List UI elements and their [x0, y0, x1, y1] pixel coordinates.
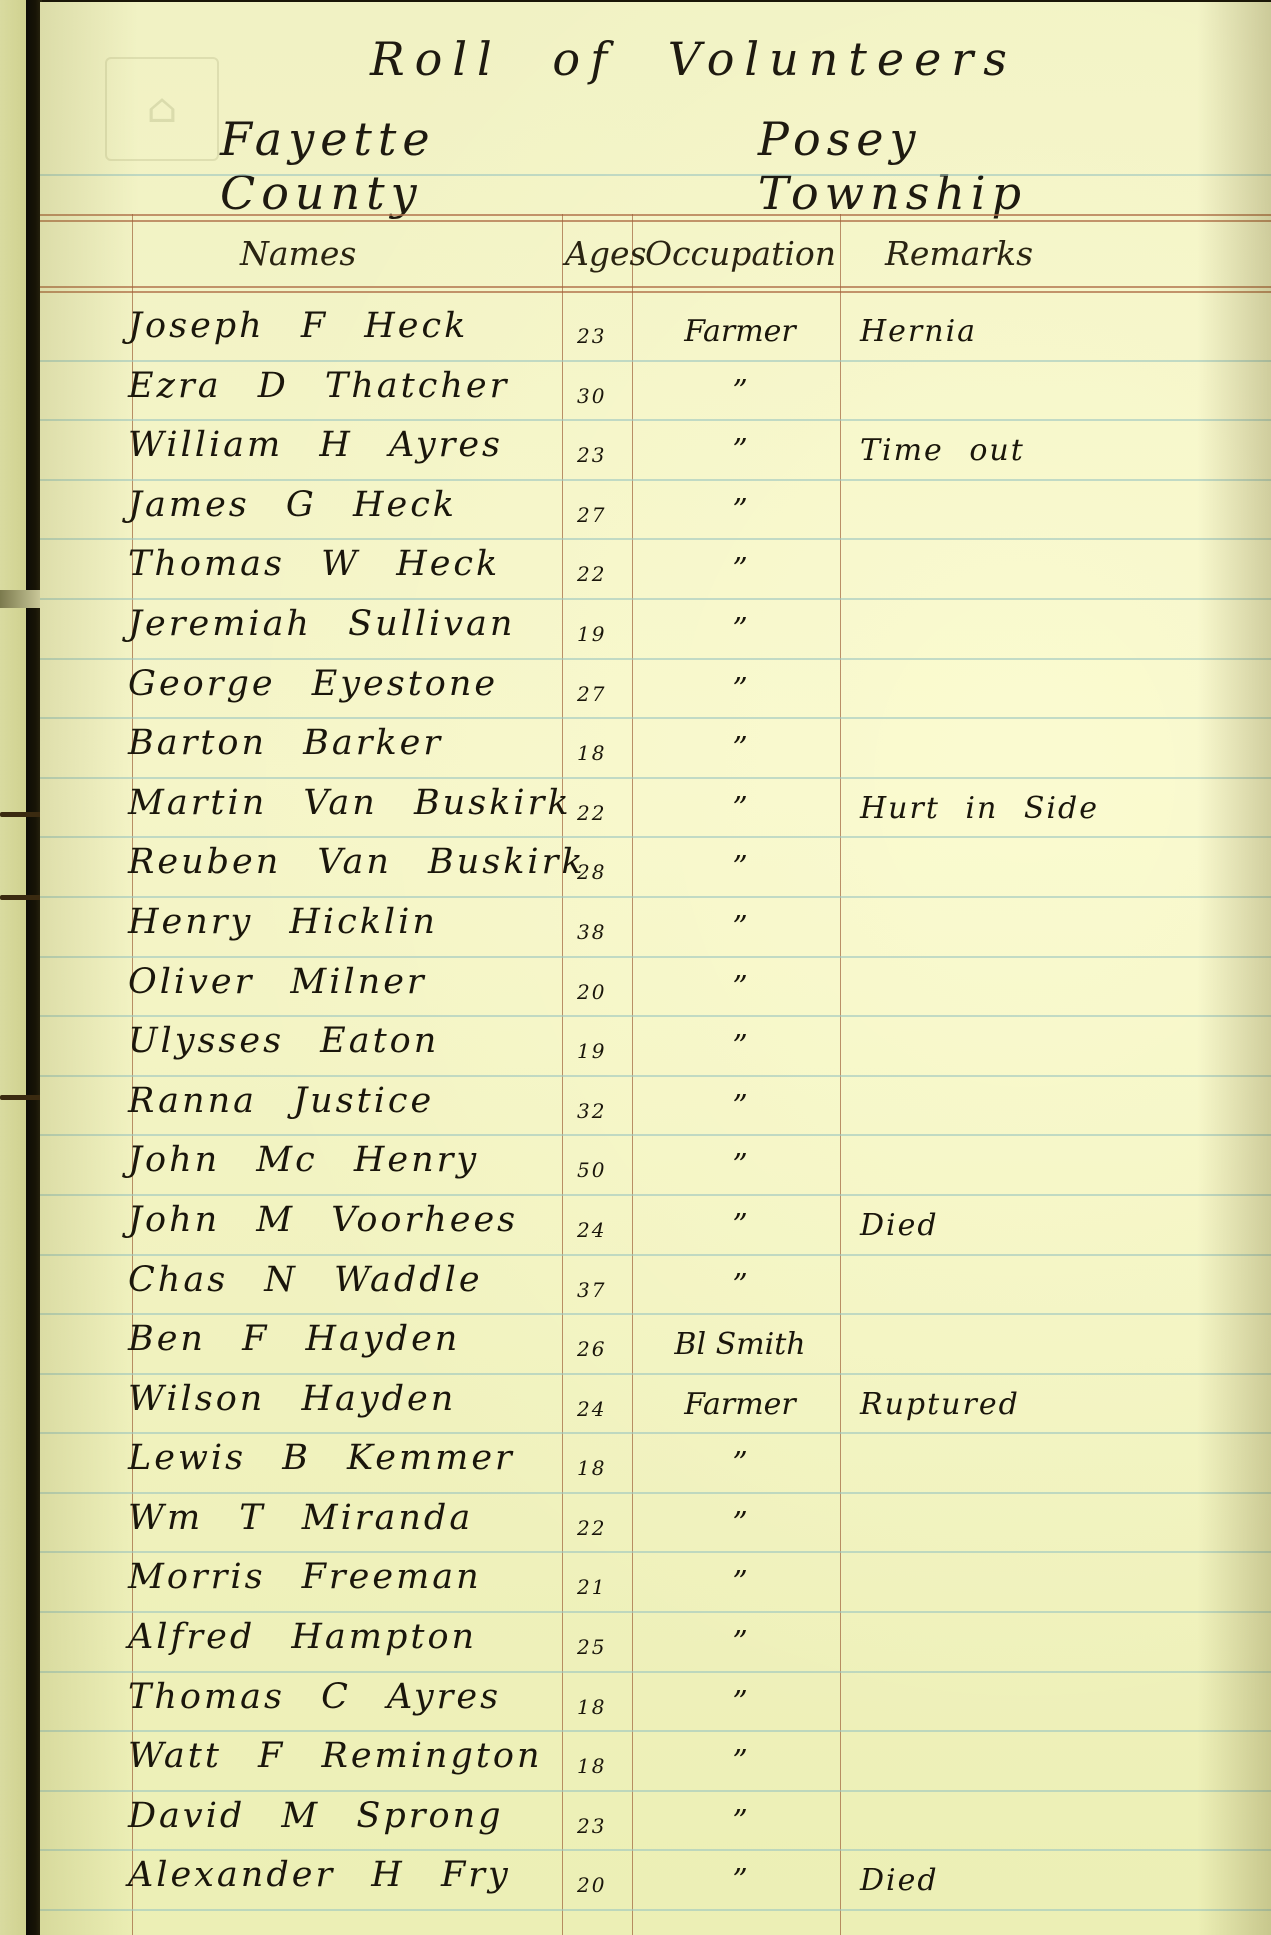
volunteer-age: 22	[577, 801, 606, 825]
volunteer-age: 27	[577, 503, 606, 527]
volunteer-age: 18	[577, 1456, 606, 1480]
ruled-line	[40, 658, 1271, 660]
volunteer-age: 30	[577, 384, 606, 408]
volunteer-name: John M Voorhees	[128, 1200, 518, 1240]
volunteer-name: David M Sprong	[128, 1796, 504, 1836]
table-row: William H Ayres 23 ” Time out	[40, 423, 1271, 483]
volunteer-name: Oliver Milner	[128, 962, 427, 1002]
volunteer-remarks: Ruptured	[860, 1387, 1020, 1422]
volunteer-occupation: ”	[640, 1565, 840, 1600]
volunteer-name: Lewis B Kemmer	[128, 1438, 515, 1478]
ruled-line	[40, 598, 1271, 600]
ruled-line	[40, 1254, 1271, 1256]
volunteer-remarks: Time out	[860, 433, 1025, 468]
volunteer-age: 26	[577, 1337, 606, 1361]
table-row: John M Voorhees 24 ” Died	[40, 1198, 1271, 1258]
volunteer-name: Martin Van Buskirk	[128, 783, 572, 823]
table-row: Ulysses Eaton 19 ”	[40, 1019, 1271, 1079]
ruled-line	[40, 836, 1271, 838]
ledger-scan: ⌂ Roll of Volunteers Fayette County Pose…	[0, 0, 1271, 1935]
table-row: George Eyestone 27 ”	[40, 662, 1271, 722]
volunteer-occupation: ”	[640, 1089, 840, 1124]
table-row: Thomas W Heck 22 ”	[40, 542, 1271, 602]
volunteer-name: Ranna Justice	[128, 1081, 434, 1121]
volunteer-occupation: ”	[640, 731, 840, 766]
table-row: James G Heck 27 ”	[40, 483, 1271, 543]
page-title: Roll of Volunteers	[370, 32, 1017, 86]
volunteer-age: 21	[577, 1575, 606, 1599]
volunteer-name: Alfred Hampton	[128, 1617, 477, 1657]
table-row: Chas N Waddle 37 ”	[40, 1258, 1271, 1318]
volunteer-age: 18	[577, 741, 606, 765]
table-row: Henry Hicklin 38 ”	[40, 900, 1271, 960]
table-row: Ben F Hayden 26 Bl Smith	[40, 1317, 1271, 1377]
table-row: Thomas C Ayres 18 ”	[40, 1675, 1271, 1735]
volunteer-name: Henry Hicklin	[128, 902, 438, 942]
ruled-line	[40, 1313, 1271, 1315]
volunteer-remarks: Died	[860, 1208, 939, 1243]
volunteer-remarks: Hernia	[860, 314, 977, 349]
table-header: Names Ages Occupation Remarks	[40, 224, 1271, 290]
ruled-line	[40, 538, 1271, 540]
table-row: David M Sprong 23 ”	[40, 1794, 1271, 1854]
volunteer-occupation: ”	[640, 1208, 840, 1243]
volunteer-occupation: ”	[640, 493, 840, 528]
ruled-line	[40, 1671, 1271, 1673]
table-row: Barton Barker 18 ”	[40, 721, 1271, 781]
volunteer-name: Ezra D Thatcher	[128, 366, 509, 406]
volunteer-name: Watt F Remington	[128, 1736, 543, 1776]
ruled-line	[40, 956, 1271, 958]
volunteer-age: 23	[577, 324, 606, 348]
ruled-line	[40, 1432, 1271, 1434]
volunteer-occupation: ”	[640, 374, 840, 409]
volunteer-occupation: Bl Smith	[640, 1327, 840, 1362]
table-row: Joseph F Heck 23 Farmer Hernia	[40, 304, 1271, 364]
volunteer-occupation: ”	[640, 910, 840, 945]
ruled-line	[40, 1015, 1271, 1017]
table-row: Jeremiah Sullivan 19 ”	[40, 602, 1271, 662]
volunteer-name: Barton Barker	[128, 723, 443, 763]
table-row: Watt F Remington 18 ”	[40, 1734, 1271, 1794]
volunteer-name: Wilson Hayden	[128, 1379, 456, 1419]
table-row: Morris Freeman 21 ”	[40, 1555, 1271, 1615]
volunteer-age: 18	[577, 1695, 606, 1719]
volunteer-name: Alexander H Fry	[128, 1855, 511, 1895]
volunteer-name: William H Ayres	[128, 425, 503, 465]
volunteer-occupation: ”	[640, 1625, 840, 1660]
ruled-line	[40, 1730, 1271, 1732]
ruled-line	[40, 1909, 1271, 1911]
volunteer-remarks: Hurt in Side	[860, 791, 1099, 826]
volunteer-occupation: ”	[640, 1506, 840, 1541]
volunteer-name: James G Heck	[128, 485, 457, 525]
volunteer-age: 37	[577, 1278, 606, 1302]
volunteer-age: 25	[577, 1635, 606, 1659]
facing-page-edge	[0, 0, 28, 1935]
township-label: Posey Township	[758, 112, 1240, 220]
volunteer-name: Thomas C Ayres	[128, 1677, 501, 1717]
volunteer-occupation: ”	[640, 1685, 840, 1720]
volunteer-remarks: Died	[860, 1863, 939, 1898]
volunteer-occupation: ”	[640, 1148, 840, 1183]
ruled-line	[40, 1551, 1271, 1553]
volunteer-age: 50	[577, 1158, 606, 1182]
column-header-names: Names	[240, 234, 356, 273]
ruled-line	[40, 1492, 1271, 1494]
table-body: Joseph F Heck 23 Farmer Hernia Ezra D Th…	[40, 304, 1271, 1913]
volunteer-occupation: ”	[640, 433, 840, 468]
table-row: Lewis B Kemmer 18 ”	[40, 1436, 1271, 1496]
table-row: Ranna Justice 32 ”	[40, 1079, 1271, 1139]
volunteer-name: Reuben Van Buskirk	[128, 842, 586, 882]
ruled-line	[40, 1194, 1271, 1196]
ruled-line	[40, 1849, 1271, 1851]
ruled-line	[40, 174, 1271, 176]
volunteer-age: 19	[577, 1039, 606, 1063]
ruled-line	[40, 896, 1271, 898]
volunteer-occupation: ”	[640, 791, 840, 826]
volunteer-occupation: ”	[640, 1863, 840, 1898]
volunteer-occupation: ”	[640, 672, 840, 707]
volunteer-name: Chas N Waddle	[128, 1260, 483, 1300]
volunteer-name: Ben F Hayden	[128, 1319, 460, 1359]
volunteer-occupation: Farmer	[640, 314, 840, 349]
ruled-line	[40, 1075, 1271, 1077]
column-header-ages: Ages	[565, 234, 646, 273]
volunteer-age: 22	[577, 1516, 606, 1540]
table-row: Ezra D Thatcher 30 ”	[40, 364, 1271, 424]
table-row: Alexander H Fry 20 ” Died	[40, 1853, 1271, 1913]
volunteer-occupation: ”	[640, 970, 840, 1005]
volunteer-age: 24	[577, 1218, 606, 1242]
volunteer-age: 27	[577, 682, 606, 706]
volunteer-occupation: ”	[640, 552, 840, 587]
table-row: Alfred Hampton 25 ”	[40, 1615, 1271, 1675]
volunteer-age: 22	[577, 562, 606, 586]
volunteer-name: John Mc Henry	[128, 1140, 479, 1180]
ruled-line	[40, 1611, 1271, 1613]
volunteer-occupation: Farmer	[640, 1387, 840, 1422]
volunteer-name: George Eyestone	[128, 664, 498, 704]
table-row: Wm T Miranda 22 ”	[40, 1496, 1271, 1556]
column-header-remarks: Remarks	[885, 234, 1033, 273]
ruled-line	[40, 777, 1271, 779]
ledger-page: ⌂ Roll of Volunteers Fayette County Pose…	[40, 2, 1271, 1935]
ruled-line	[40, 479, 1271, 481]
volunteer-age: 28	[577, 860, 606, 884]
volunteer-occupation: ”	[640, 850, 840, 885]
volunteer-age: 24	[577, 1397, 606, 1421]
volunteer-age: 38	[577, 920, 606, 944]
title-block: Roll of Volunteers Fayette County Posey …	[200, 22, 1240, 192]
volunteer-occupation: ”	[640, 1268, 840, 1303]
volunteer-occupation: ”	[640, 1744, 840, 1779]
volunteer-age: 19	[577, 622, 606, 646]
page-subtitle: Fayette County Posey Township	[220, 112, 1240, 220]
ruled-line	[40, 1373, 1271, 1375]
table-row: Wilson Hayden 24 Farmer Ruptured	[40, 1377, 1271, 1437]
volunteer-age: 18	[577, 1754, 606, 1778]
volunteer-age: 23	[577, 1814, 606, 1838]
volunteer-name: Jeremiah Sullivan	[128, 604, 515, 644]
volunteer-occupation: ”	[640, 1029, 840, 1064]
volunteer-occupation: ”	[640, 1446, 840, 1481]
table-row: John Mc Henry 50 ”	[40, 1138, 1271, 1198]
table-row: Reuben Van Buskirk 28 ”	[40, 840, 1271, 900]
header-top-rule	[40, 214, 1271, 216]
ruled-line	[40, 717, 1271, 719]
ruled-line	[40, 1134, 1271, 1136]
ruled-line	[40, 419, 1271, 421]
ruled-line	[40, 360, 1271, 362]
volunteer-name: Ulysses Eaton	[128, 1021, 439, 1061]
county-label: Fayette County	[220, 112, 688, 220]
volunteer-name: Joseph F Heck	[128, 306, 468, 346]
column-header-occupation: Occupation	[645, 234, 836, 273]
volunteer-name: Wm T Miranda	[128, 1498, 473, 1538]
volunteer-age: 20	[577, 980, 606, 1004]
volunteer-occupation: ”	[640, 1804, 840, 1839]
volunteer-age: 23	[577, 443, 606, 467]
volunteer-age: 32	[577, 1099, 606, 1123]
table-row: Oliver Milner 20 ”	[40, 960, 1271, 1020]
volunteer-occupation: ”	[640, 612, 840, 647]
table-row: Martin Van Buskirk 22 ” Hurt in Side	[40, 781, 1271, 841]
header-bottom-rule	[40, 291, 1271, 293]
ruled-line	[40, 1790, 1271, 1792]
volunteer-name: Morris Freeman	[128, 1557, 482, 1597]
volunteer-age: 20	[577, 1873, 606, 1897]
volunteer-name: Thomas W Heck	[128, 544, 500, 584]
header-top-rule	[40, 220, 1271, 222]
